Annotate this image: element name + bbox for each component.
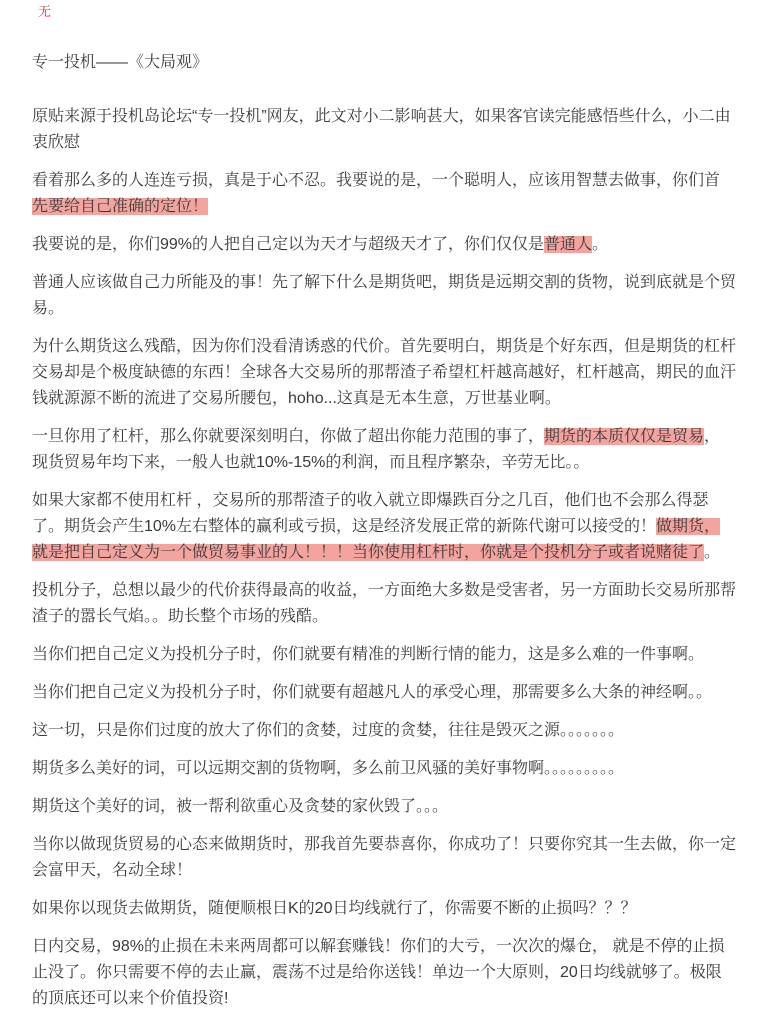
- text-segment: 。: [704, 544, 720, 561]
- highlighted-text: 普通人: [544, 236, 592, 253]
- text-segment: 如果你以现货去做期货，随便顺根日K的20日均线就行了，你需要不断的止损吗？？？: [32, 900, 636, 917]
- text-segment: 这一切，只是你们过度的放大了你们的贪婪，过度的贪婪，往往是毁灭之源。。。。。。。: [32, 722, 624, 739]
- highlighted-text: 期货的本质仅仅是贸易: [544, 428, 704, 445]
- paragraph: 这一切，只是你们过度的放大了你们的贪婪，过度的贪婪，往往是毁灭之源。。。。。。。: [32, 718, 736, 744]
- text-segment: 普通人应该做自己力所能及的事！先了解下什么是期货吧，期货是远期交割的货物，说到底…: [32, 274, 736, 317]
- paragraph: 当你以做现货贸易的心态来做期货时，那我首先要恭喜你，你成功了！只要你究其一生去做…: [32, 832, 736, 884]
- paragraph: 当你们把自己定义为投机分子时，你们就要有超越凡人的承受心理，那需要多么大条的神经…: [32, 680, 736, 706]
- text-segment: 期货这个美好的词，被一帮利欲重心及贪婪的家伙毁了。。。: [32, 798, 448, 815]
- paragraph: 当你们把自己定义为投机分子时，你们就要有精准的判断行情的能力，这是多么难的一件事…: [32, 642, 736, 668]
- text-segment: 为什么期货这么残酷，因为你们没看清诱惑的代价。首先要明白，期货是个好东西，但是期…: [32, 338, 736, 407]
- paragraph: 为什么期货这么残酷，因为你们没看清诱惑的代价。首先要明白，期货是个好东西，但是期…: [32, 334, 736, 412]
- text-segment: 日内交易，98%的止损在未来两周都可以解套赚钱！你们的大亏，一次次的爆仓， 就是…: [32, 938, 724, 1007]
- text-segment: 看着那么多的人连连亏损，真是于心不忍。我要说的是，一个聪明人，应该用智慧去做事，…: [32, 172, 720, 189]
- paragraph: 日内交易，98%的止损在未来两周都可以解套赚钱！你们的大亏，一次次的爆仓， 就是…: [32, 934, 736, 1012]
- text-segment: 如果大家都不使用杠杆 ，交易所的那帮渣子的收入就立即爆跌百分之几百，他们也不会那…: [32, 492, 708, 535]
- text-segment: 一旦你用了杠杆，那么你就要深刻明白，你做了超出你能力范围的事了，: [32, 428, 544, 445]
- paragraph: 期货这个美好的词，被一帮利欲重心及贪婪的家伙毁了。。。: [32, 794, 736, 820]
- text-segment: 当你以做现货贸易的心态来做期货时，那我首先要恭喜你，你成功了！只要你究其一生去做…: [32, 836, 736, 879]
- paragraph: 投机分子，总想以最少的代价获得最高的收益，一方面绝大多数是受害者，另一方面助长交…: [32, 578, 736, 630]
- intro-paragraph: 原贴来源于投机岛论坛“专一投机”网友，此文对小二影响甚大，如果客官读完能感悟些什…: [32, 104, 736, 156]
- paragraph: 一旦你用了杠杆，那么你就要深刻明白，你做了超出你能力范围的事了，期货的本质仅仅是…: [32, 424, 736, 476]
- paragraph: 如果大家都不使用杠杆 ，交易所的那帮渣子的收入就立即爆跌百分之几百，他们也不会那…: [32, 488, 736, 566]
- text-segment: 我要说的是，你们99%的人把自己定以为天才与超级天才了，你们仅仅是: [32, 236, 544, 253]
- paragraph: 期货多么美好的词，可以远期交割的货物啊，多么前卫风骚的美好事物啊。。。。。。。。…: [32, 756, 736, 782]
- red-stamp: 无: [38, 5, 51, 19]
- text-segment: 期货多么美好的词，可以远期交割的货物啊，多么前卫风骚的美好事物啊。。。。。。。。…: [32, 760, 624, 777]
- text-segment: 当你们把自己定义为投机分子时，你们就要有超越凡人的承受心理，那需要多么大条的神经…: [32, 684, 712, 701]
- page: { "page": { "background": "#ffffff", "te…: [0, 0, 768, 1024]
- paragraph-list: 看着那么多的人连连亏损，真是于心不忍。我要说的是，一个聪明人，应该用智慧去做事，…: [32, 168, 736, 1012]
- paragraph: 普通人应该做自己力所能及的事！先了解下什么是期货吧，期货是远期交割的货物，说到底…: [32, 270, 736, 322]
- highlighted-text: 先要给自己准确的定位！: [32, 198, 208, 215]
- page-title: 专一投机——《大局观》: [32, 50, 736, 76]
- document: 无 专一投机——《大局观》 原贴来源于投机岛论坛“专一投机”网友，此文对小二影响…: [0, 0, 768, 1012]
- paragraph: 如果你以现货去做期货，随便顺根日K的20日均线就行了，你需要不断的止损吗？？？: [32, 896, 736, 922]
- paragraph: 我要说的是，你们99%的人把自己定以为天才与超级天才了，你们仅仅是普通人。: [32, 232, 736, 258]
- paragraph: 看着那么多的人连连亏损，真是于心不忍。我要说的是，一个聪明人，应该用智慧去做事，…: [32, 168, 736, 220]
- text-segment: 当你们把自己定义为投机分子时，你们就要有精准的判断行情的能力，这是多么难的一件事…: [32, 646, 704, 663]
- text-segment: 投机分子，总想以最少的代价获得最高的收益，一方面绝大多数是受害者，另一方面助长交…: [32, 582, 736, 625]
- text-segment: 。: [592, 236, 608, 253]
